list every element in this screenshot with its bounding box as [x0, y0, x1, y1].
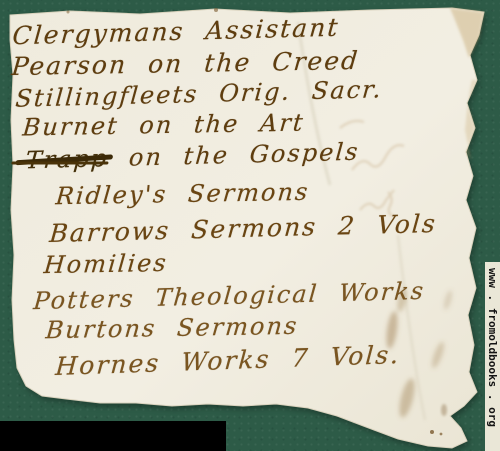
manuscript-paper [0, 0, 500, 451]
watermark-strip: www . fromoldbooks . org [485, 262, 500, 451]
scan-black-bar [0, 421, 226, 451]
watermark-text: www . fromoldbooks . org [485, 268, 500, 448]
scanned-page: Clergymans AssistantPearson on the Creed… [0, 0, 500, 451]
